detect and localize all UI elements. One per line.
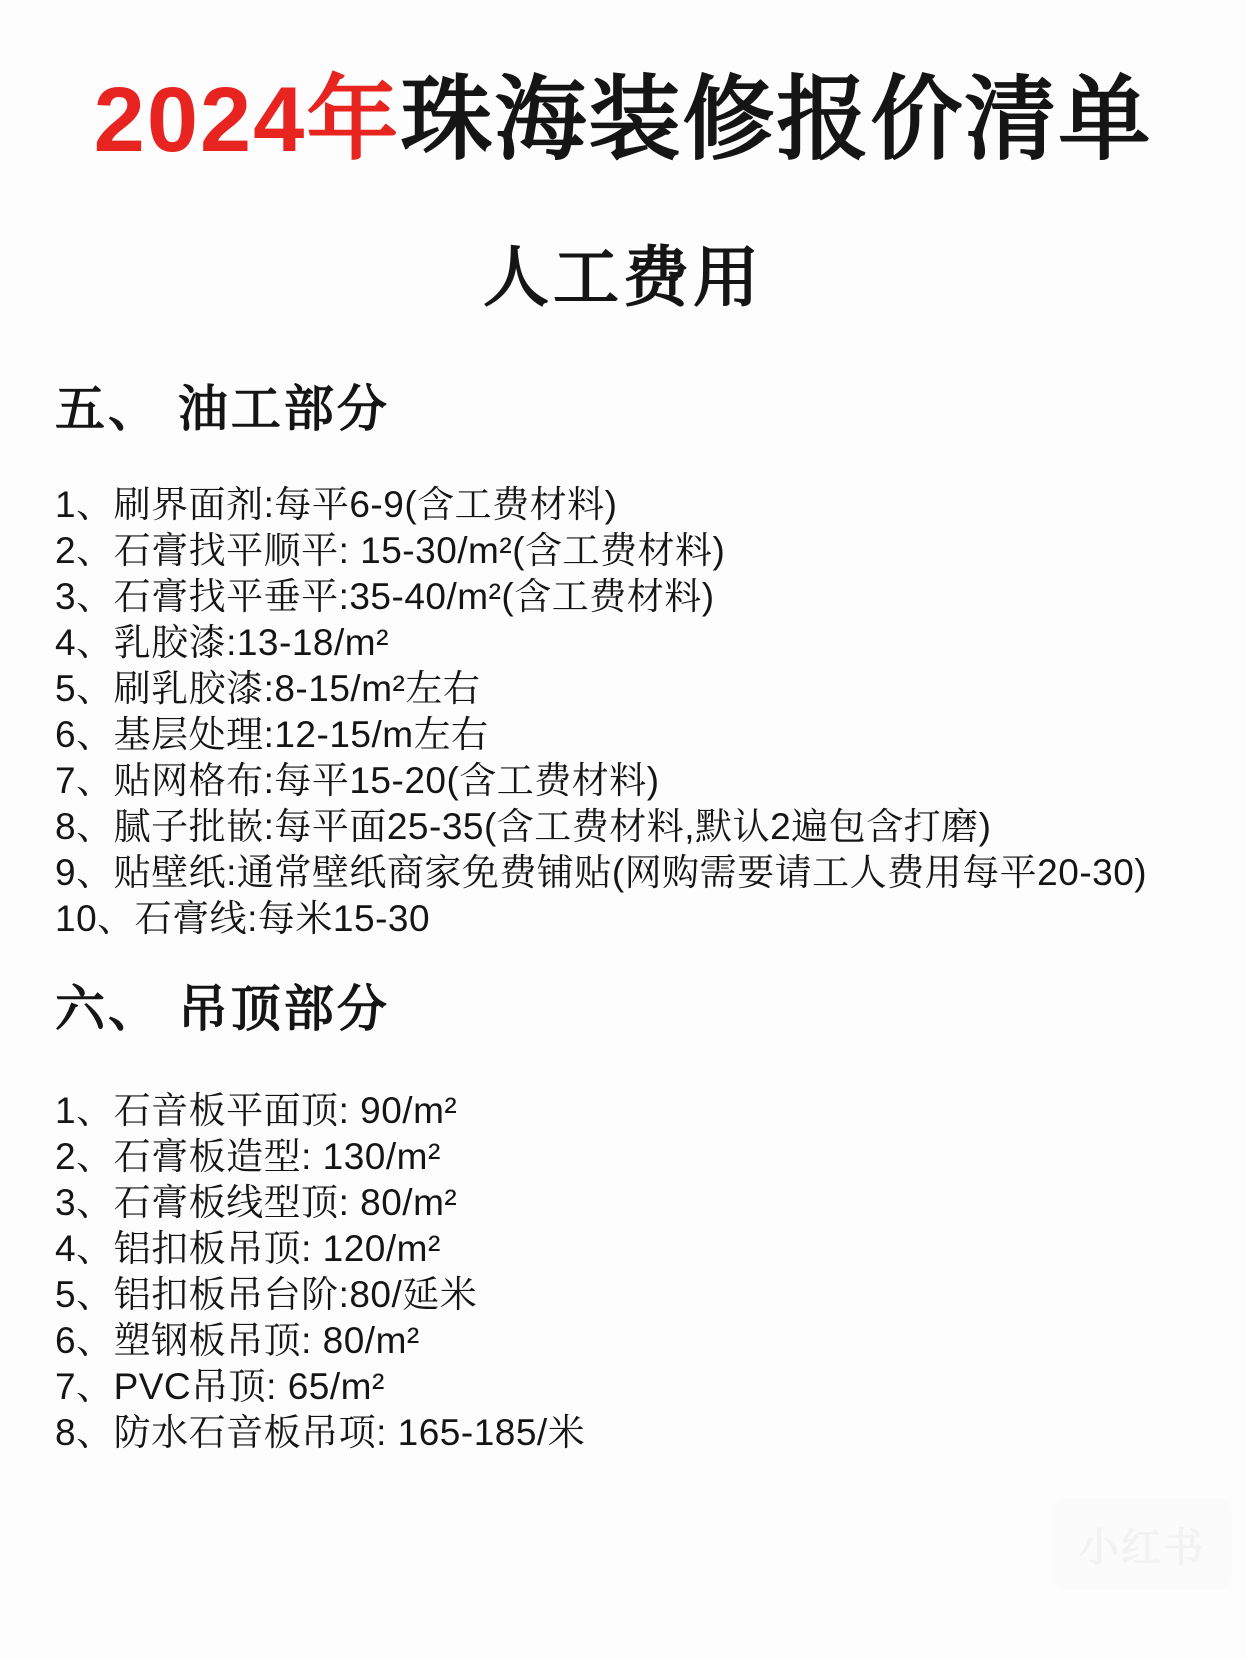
page-title-year: 2024年 [94, 69, 401, 171]
painting-price-list: 1、刷界面剂:每平6-9(含工费材料) 2、石膏找平顺平: 15-30/m²(含… [55, 482, 1206, 942]
price-item: 3、石膏板线型顶: 80/m² [55, 1180, 1206, 1226]
price-item: 4、铝扣板吊顶: 120/m² [55, 1226, 1206, 1272]
price-item: 9、贴壁纸:通常壁纸商家免费铺贴(网购需要请工人费用每平20-30) [55, 850, 1206, 896]
price-item: 5、铝扣板吊台阶:80/延米 [55, 1272, 1206, 1318]
xiaohongshu-watermark: 小红书 [1052, 1498, 1232, 1590]
price-item: 6、基层处理:12-15/m左右 [55, 712, 1206, 758]
price-item: 7、贴网格布:每平15-20(含工费材料) [55, 758, 1206, 804]
page-title: 2024年珠海装修报价清单 [0, 0, 1246, 174]
page-subtitle: 人工费用 [0, 240, 1246, 316]
section-heading-painting: 五、 油工部分 [55, 380, 1206, 438]
price-item: 8、防水石音板吊项: 165-185/米 [55, 1410, 1206, 1456]
price-item: 3、石膏找平垂平:35-40/m²(含工费材料) [55, 574, 1206, 620]
price-item: 6、塑钢板吊顶: 80/m² [55, 1318, 1206, 1364]
price-item: 5、刷乳胶漆:8-15/m²左右 [55, 666, 1206, 712]
ceiling-price-list: 1、石音板平面顶: 90/m² 2、石膏板造型: 130/m² 3、石膏板线型顶… [55, 1088, 1206, 1456]
price-item: 2、石膏板造型: 130/m² [55, 1134, 1206, 1180]
price-item: 8、腻子批嵌:每平面25-35(含工费材料,默认2遍包含打磨) [55, 804, 1206, 850]
price-item: 1、石音板平面顶: 90/m² [55, 1088, 1206, 1134]
price-item: 1、刷界面剂:每平6-9(含工费材料) [55, 482, 1206, 528]
price-list-page: 2024年珠海装修报价清单 人工费用 五、 油工部分 1、刷界面剂:每平6-9(… [0, 0, 1246, 1660]
price-item: 4、乳胶漆:13-18/m² [55, 620, 1206, 666]
page-title-rest: 珠海装修报价清单 [400, 69, 1152, 171]
content-area: 五、 油工部分 1、刷界面剂:每平6-9(含工费材料) 2、石膏找平顺平: 15… [0, 380, 1246, 1456]
price-item: 10、石膏线:每米15-30 [55, 896, 1206, 942]
price-item: 7、PVC吊顶: 65/m² [55, 1364, 1206, 1410]
section-heading-ceiling: 六、 吊顶部分 [55, 980, 1206, 1038]
price-item: 2、石膏找平顺平: 15-30/m²(含工费材料) [55, 528, 1206, 574]
